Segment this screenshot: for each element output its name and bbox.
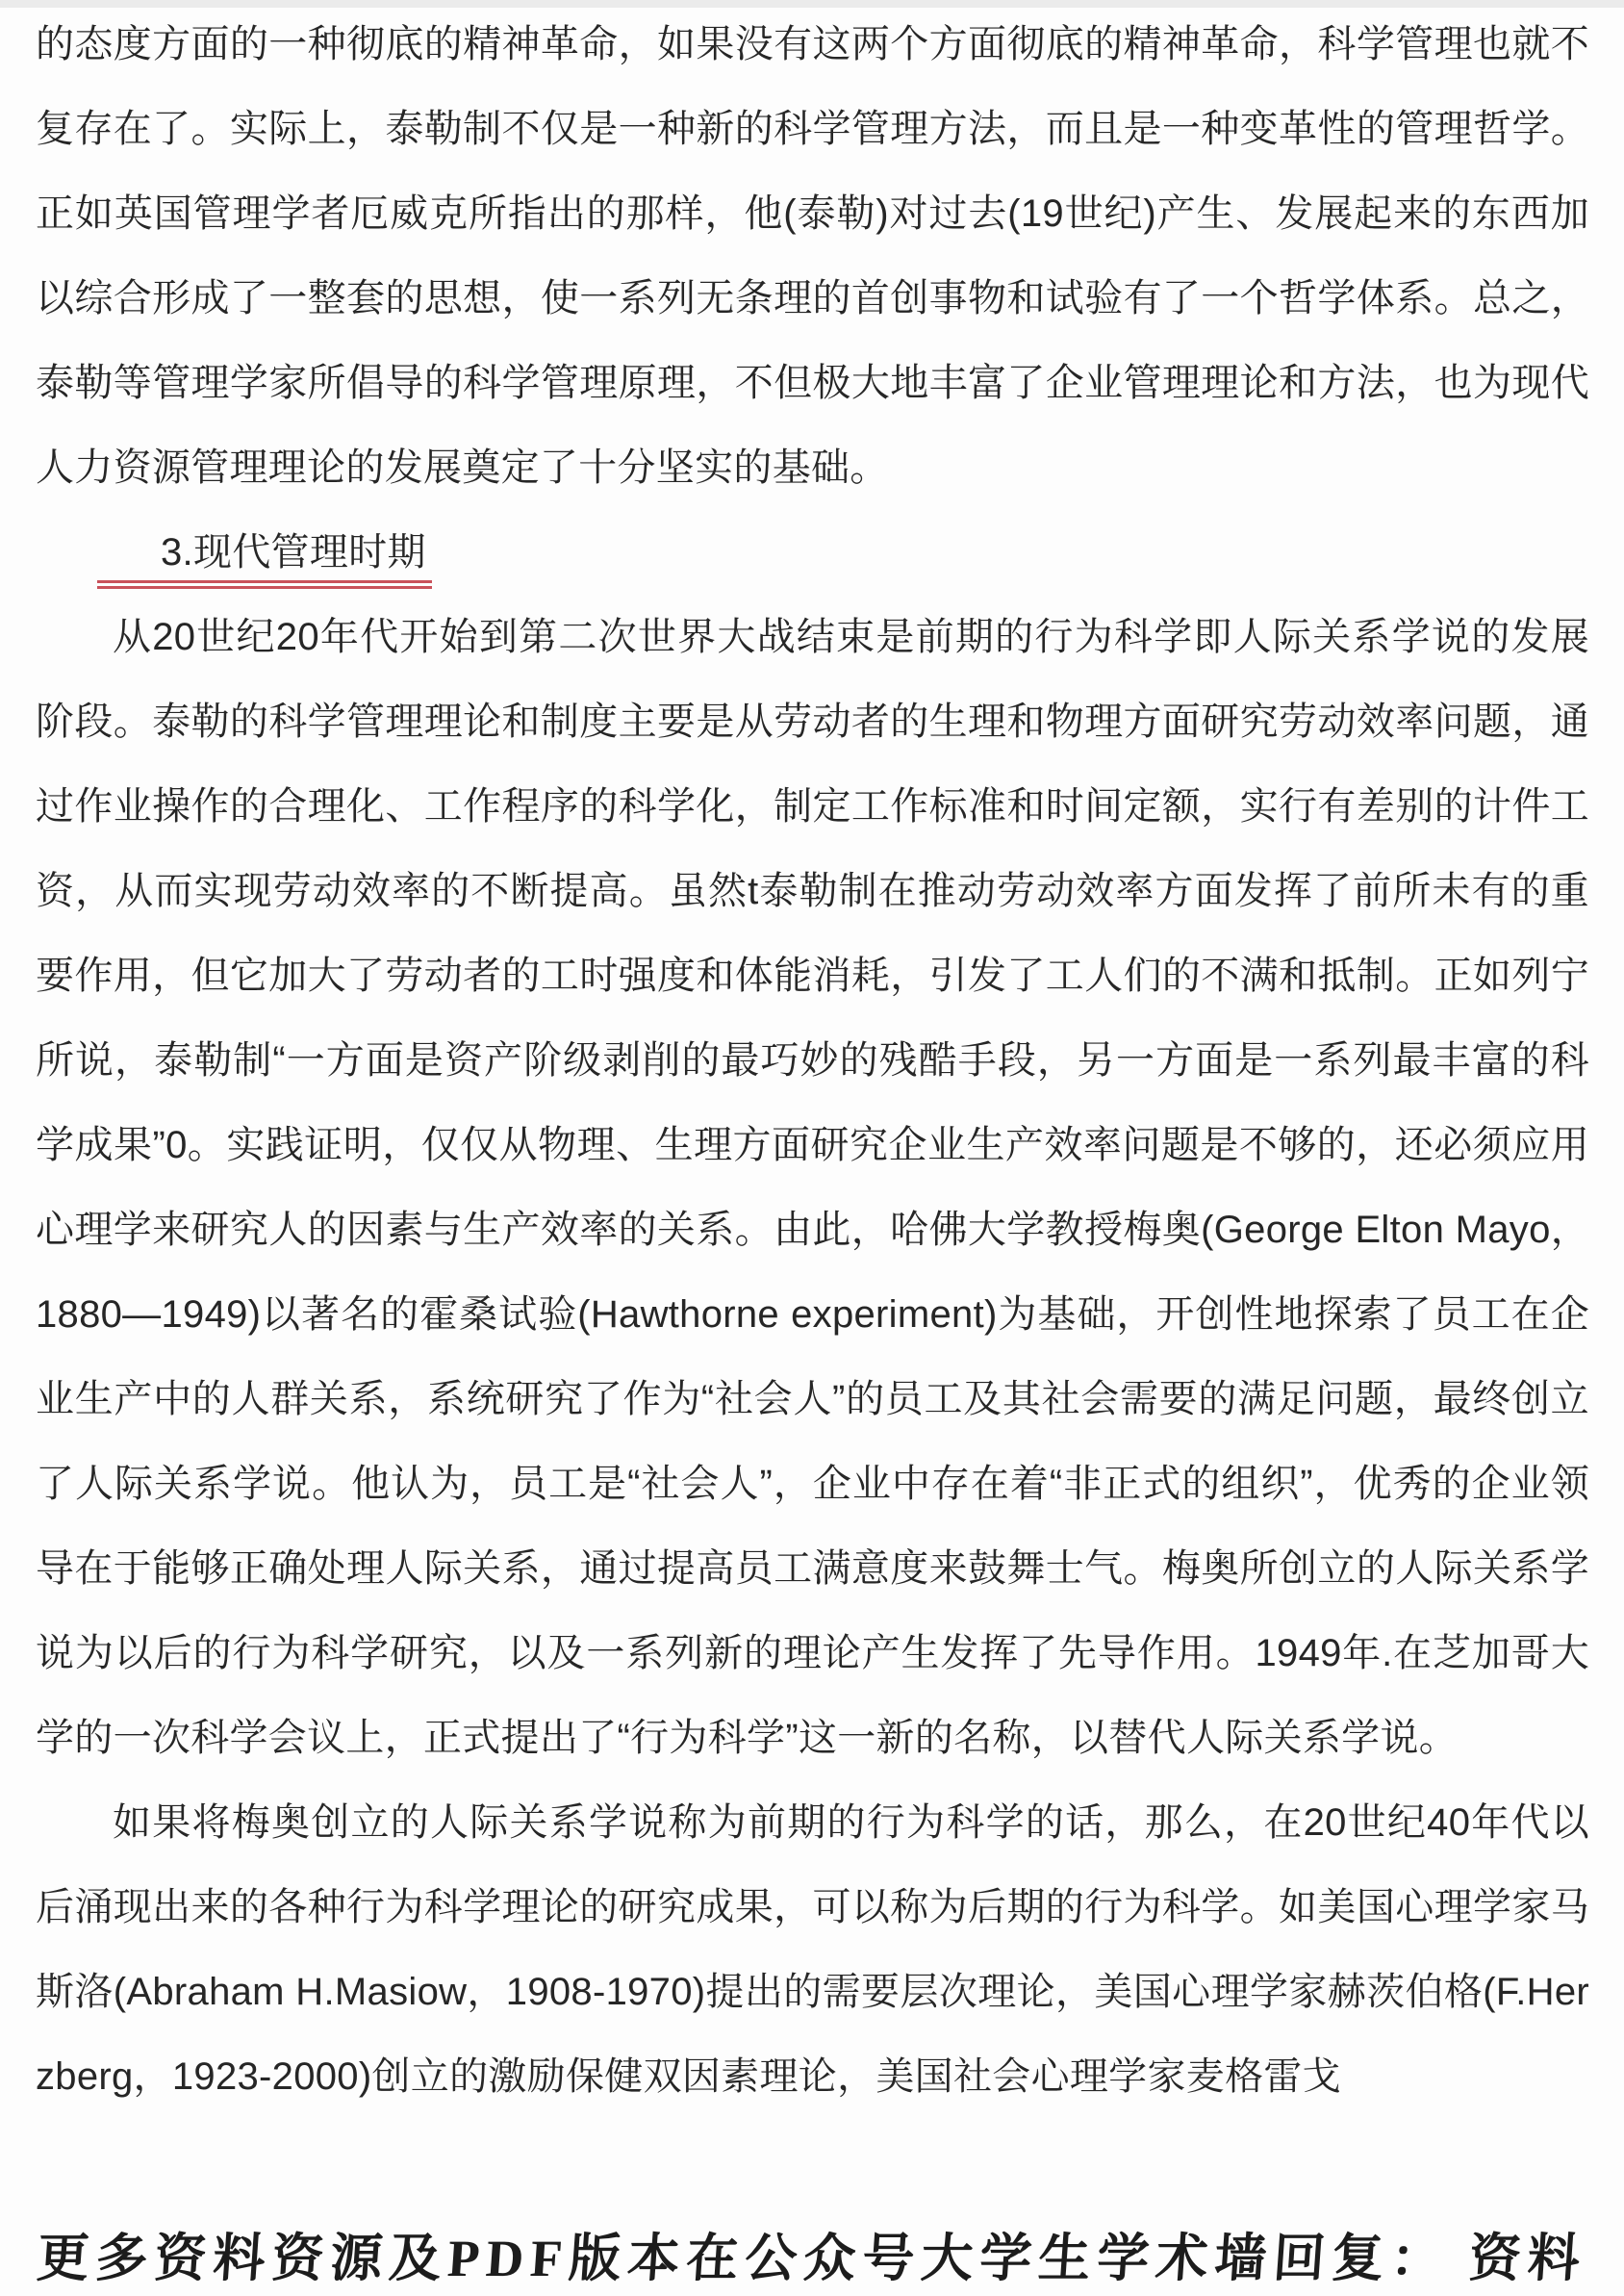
footer-watermark-text: 更多资料资源及PDF版本在公众号大学生学术墙回复： 资料 [0,2217,1624,2291]
footer-band: 更多资料资源及PDF版本在公众号大学生学术墙回复： 资料 [0,2173,1624,2296]
body-paragraph-behavioral-science: 从20世纪20年代开始到第二次世界大战结束是前期的行为科学即人际关系学说的发展阶… [36,595,1589,1780]
section-heading-line: 3.现代管理时期 [36,510,1589,595]
section-heading-modern-management: 3.现代管理时期 [97,525,432,589]
document-page: 的态度方面的一种彻底的精神革命，如果没有这两个方面彻底的精神革命，科学管理也就不… [0,0,1624,2296]
document-body: 的态度方面的一种彻底的精神革命，如果没有这两个方面彻底的精神革命，科学管理也就不… [36,2,1589,2119]
body-paragraph-later-behavioral-science: 如果将梅奥创立的人际关系学说称为前期的行为科学的话，那么，在20世纪40年代以后… [36,1780,1589,2119]
body-paragraph-management-revolution: 的态度方面的一种彻底的精神革命，如果没有这两个方面彻底的精神革命，科学管理也就不… [36,2,1589,510]
